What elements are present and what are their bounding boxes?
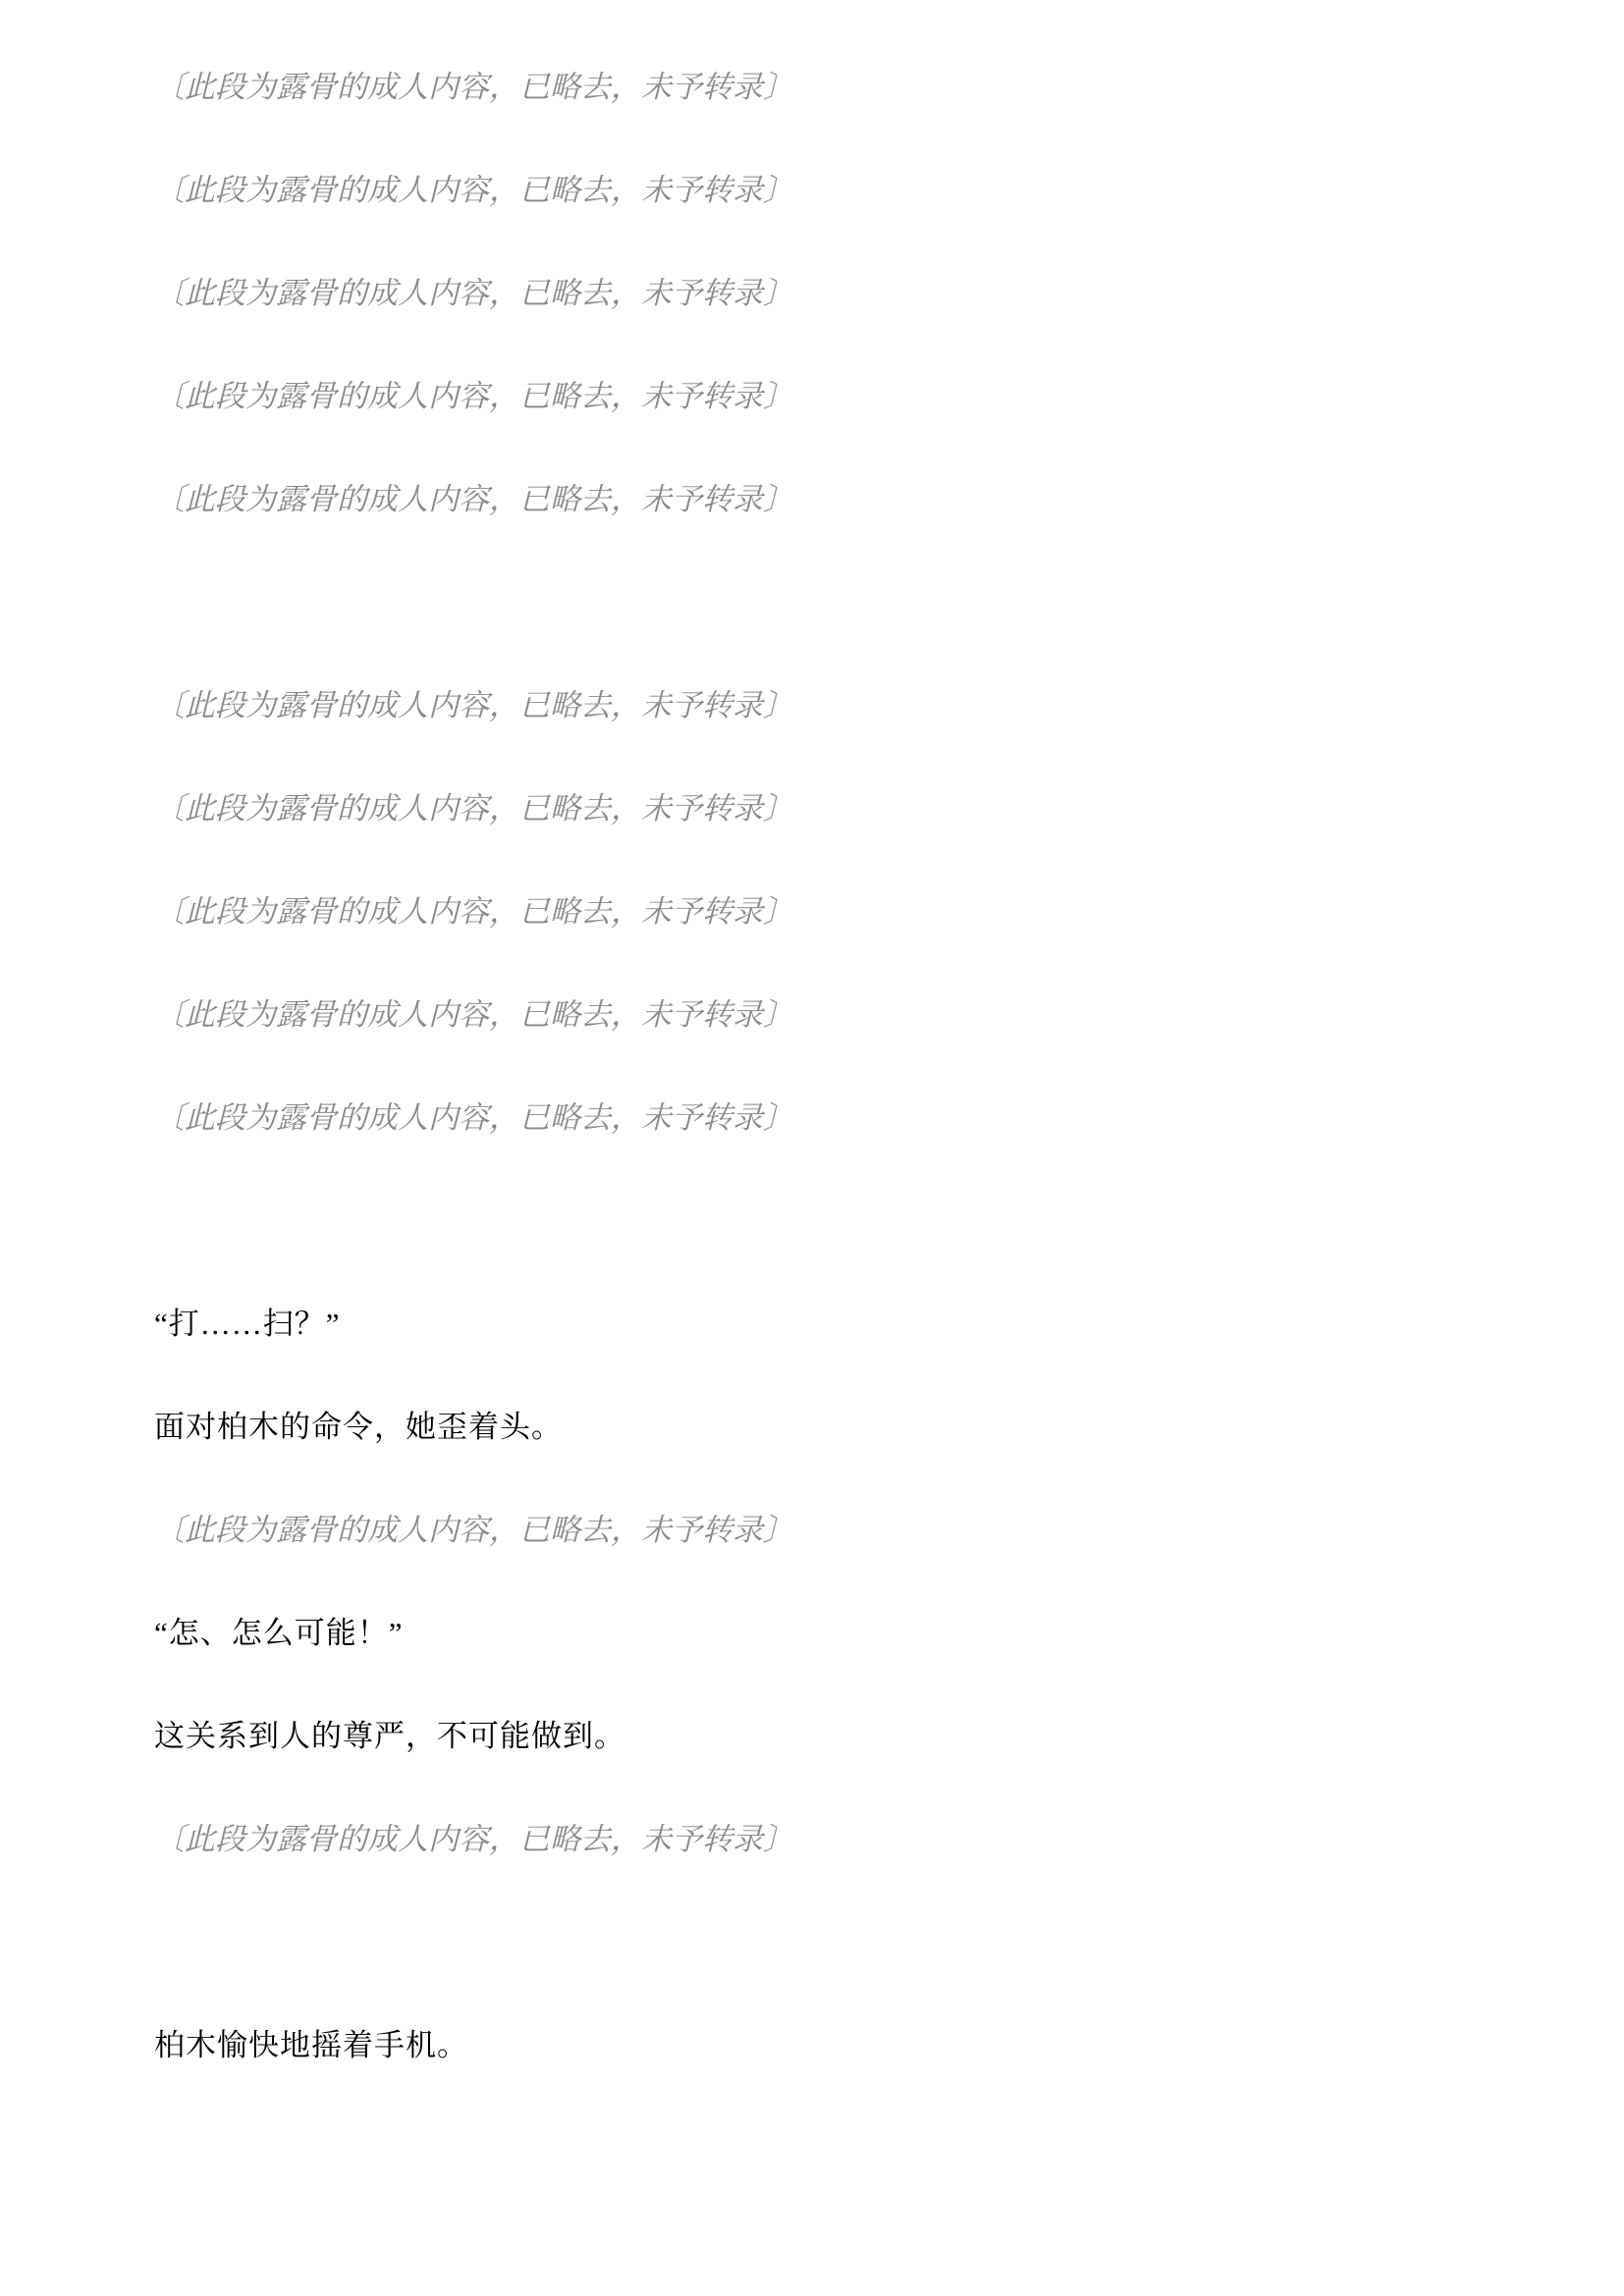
- paragraph-15-narration: 这关系到人的尊严，不可能做到。: [93, 1684, 1531, 1788]
- paragraph-9-narration: 〔此段为露骨的成人内容，已略去，未予转录〕: [93, 963, 1531, 1066]
- document-page: 〔此段为露骨的成人内容，已略去，未予转录〕〔此段为露骨的成人内容，已略去，未予转…: [0, 0, 1624, 2296]
- paragraph-10-dialogue: 〔此段为露骨的成人内容，已略去，未予转录〕: [93, 1066, 1531, 1272]
- paragraph-12-narration: 面对柏木的命令，她歪着头。: [93, 1375, 1531, 1478]
- paragraph-6-dialogue: 〔此段为露骨的成人内容，已略去，未予转录〕: [93, 654, 1531, 757]
- paragraph-5-narration: 〔此段为露骨的成人内容，已略去，未予转录〕: [93, 448, 1531, 654]
- paragraph-17-narration: 柏木愉快地摇着手机。: [93, 1994, 1531, 2097]
- paragraph-8-dialogue: 〔此段为露骨的成人内容，已略去，未予转录〕: [93, 860, 1531, 963]
- paragraph-14-dialogue: “怎、怎么可能！”: [93, 1581, 1531, 1684]
- paragraph-1-dialogue: 〔此段为露骨的成人内容，已略去，未予转录〕: [93, 35, 1531, 138]
- paragraph-7-narration: 〔此段为露骨的成人内容，已略去，未予转录〕: [93, 757, 1531, 860]
- paragraph-3-narration: 〔此段为露骨的成人内容，已略去，未予转录〕: [93, 241, 1531, 345]
- paragraph-2-dialogue: 〔此段为露骨的成人内容，已略去，未予转录〕: [93, 138, 1531, 241]
- paragraph-13-dialogue: 〔此段为露骨的成人内容，已略去，未予转录〕: [93, 1478, 1531, 1581]
- paragraph-11-dialogue: “打……扫？”: [93, 1272, 1531, 1375]
- paragraph-16-dialogue: 〔此段为露骨的成人内容，已略去，未予转录〕: [93, 1788, 1531, 1994]
- paragraph-4-dialogue: 〔此段为露骨的成人内容，已略去，未予转录〕: [93, 345, 1531, 448]
